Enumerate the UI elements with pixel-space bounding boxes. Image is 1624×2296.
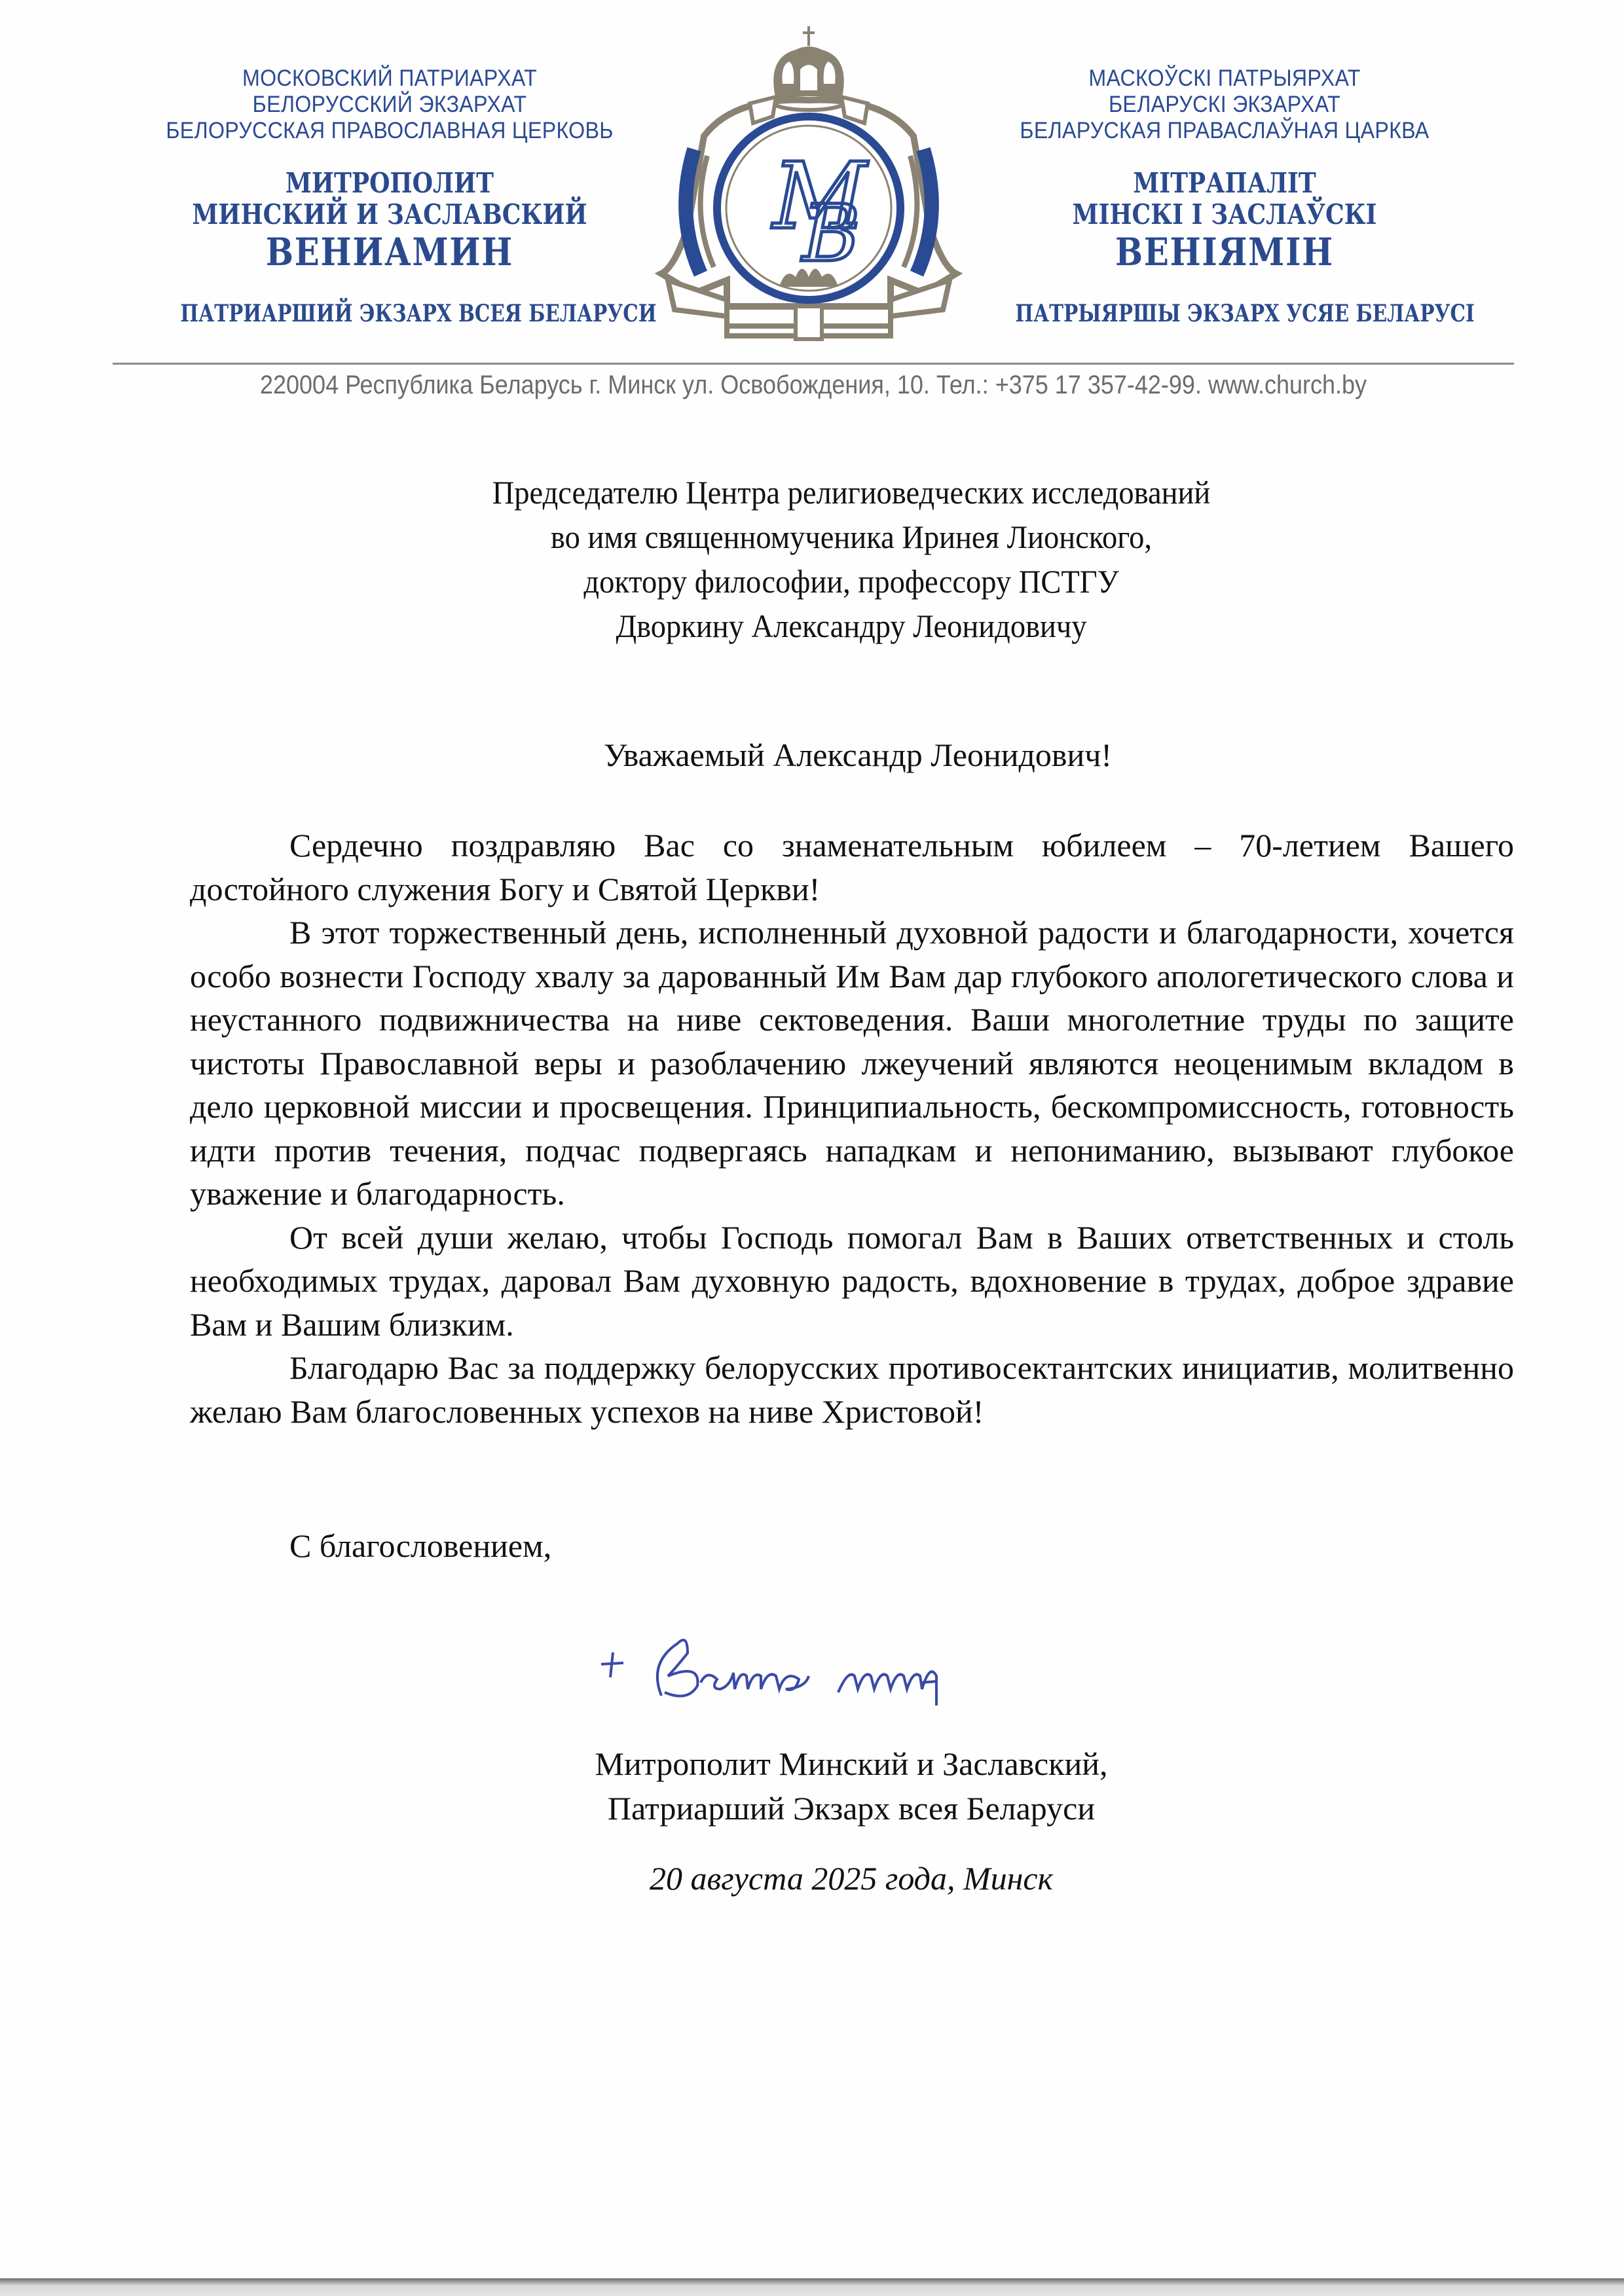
org-line: БЕЛОРУССКИЙ ЭКЗАРХАТ xyxy=(155,92,625,118)
signer-line: Митрополит Минский и Заславский, xyxy=(393,1741,1310,1786)
addressee-line: во имя священномученика Иринея Лионского… xyxy=(279,515,1424,559)
signer-block: Митрополит Минский и Заславский, Патриар… xyxy=(393,1741,1310,1831)
svg-text:В: В xyxy=(801,189,860,280)
letterhead-left: МОСКОВСКИЙ ПАТРИАРХАТ БЕЛОРУССКИЙ ЭКЗАРХ… xyxy=(134,65,645,340)
paragraph: В этот торжественный день, исполненный д… xyxy=(190,911,1514,1216)
exarch-subtitle: ПАТРИАРШИЙ ЭКЗАРХ ВСЕЯ БЕЛАРУСИ xyxy=(180,300,599,327)
org-line: МАСКОЎСКІ ПАТРЫЯРХАТ xyxy=(989,65,1460,92)
letter-page: МОСКОВСКИЙ ПАТРИАРХАТ БЕЛОРУССКИЙ ЭКЗАРХ… xyxy=(0,0,1624,2278)
org-line: МОСКОВСКИЙ ПАТРИАРХАТ xyxy=(155,65,625,92)
org-line: БЕЛАРУСКАЯ ПРАВАСЛАЎНАЯ ЦАРКВА xyxy=(989,118,1460,144)
hierarch-title: МІТРАПАЛІТ МІНСКІ І ЗАСЛАЎСКІ ВЕНІЯМІН xyxy=(1005,168,1445,274)
crowned-monogram-emblem-icon: М В xyxy=(655,18,963,346)
hierarch-title: МИТРОПОЛИТ МИНСКИЙ И ЗАСЛАВСКИЙ ВЕНИАМИН xyxy=(170,168,610,274)
scan-edge xyxy=(0,2278,1624,2296)
paragraph: Благодарю Вас за поддержку белорусских п… xyxy=(190,1346,1514,1433)
addressee-block: Председателю Центра религиоведческих исс… xyxy=(236,470,1467,648)
org-line: БЕЛОРУССКАЯ ПРАВОСЛАВНАЯ ЦЕРКОВЬ xyxy=(155,118,625,144)
date-place: 20 августа 2025 года, Минск xyxy=(393,1859,1310,1897)
letter-body: Сердечно поздравляю Вас со знаменательны… xyxy=(190,824,1514,1433)
addressee-line: Дворкину Александру Леонидовичу xyxy=(279,604,1424,648)
signer-line: Патриарший Экзарх всея Беларуси xyxy=(393,1786,1310,1831)
addressee-line: доктору философии, профессору ПСТГУ xyxy=(279,559,1424,604)
paragraph: Сердечно поздравляю Вас со знаменательны… xyxy=(190,824,1514,911)
org-line: БЕЛАРУСКІ ЭКЗАРХАТ xyxy=(989,92,1460,118)
handwritten-signature xyxy=(589,1624,1113,1722)
letterhead-divider xyxy=(113,363,1514,365)
paragraph: От всей души желаю, чтобы Господь помога… xyxy=(190,1216,1514,1347)
contact-address: 220004 Республика Беларусь г. Минск ул. … xyxy=(183,371,1444,400)
title-line: МИТРОПОЛИТ xyxy=(170,168,610,199)
hierarch-name: ВЕНІЯМІН xyxy=(1005,230,1445,274)
title-line: МІНСКІ І ЗАСЛАЎСКІ xyxy=(1005,199,1445,230)
exarch-subtitle: ПАТРЫЯРШЫ ЭКЗАРХ УСЯЕ БЕЛАРУСІ xyxy=(1015,300,1434,327)
hierarch-name: ВЕНИАМИН xyxy=(170,230,610,274)
title-line: МІТРАПАЛІТ xyxy=(1005,168,1445,199)
closing: С благословением, xyxy=(289,1527,551,1565)
title-line: МИНСКИЙ И ЗАСЛАВСКИЙ xyxy=(170,199,610,230)
letterhead-right: МАСКОЎСКІ ПАТРЫЯРХАТ БЕЛАРУСКІ ЭКЗАРХАТ … xyxy=(969,65,1480,340)
addressee-line: Председателю Центра религиоведческих исс… xyxy=(279,470,1424,515)
salutation: Уважаемый Александр Леонидович! xyxy=(190,736,1526,774)
